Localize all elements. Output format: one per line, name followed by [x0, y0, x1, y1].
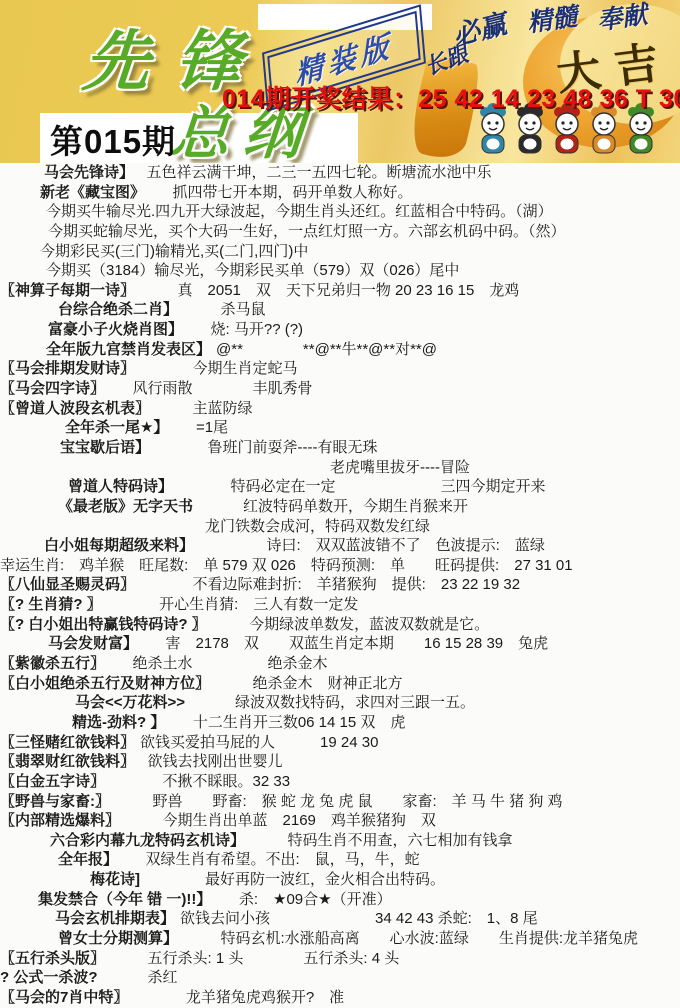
line-text: 欲钱去问小孩 34 42 43 杀蛇: 1、8 尾: [180, 910, 538, 927]
line-label: 〖内部精选爆料〗: [0, 812, 113, 829]
line-text: 鲁班门前耍斧----有眼无珠: [148, 439, 378, 456]
text-line: 《最老版》无字天书 红波特码单数开，今期生肖猴来开: [0, 497, 680, 517]
line-label: 〖翡翠财红欲钱料〗: [0, 753, 128, 770]
line-text: 五行杀头: 1 头 五行杀头: 4 头: [103, 950, 400, 967]
text-line: 〖五行杀头版〗 五行杀头: 1 头 五行杀头: 4 头: [0, 949, 680, 969]
line-label: ? 公式一杀波?: [0, 969, 98, 986]
text-line: 今期买（3184）输尽光，今期彩民买单（579）双（026）尾中: [0, 261, 680, 281]
line-label: 六合彩内幕九龙特码玄机诗】: [50, 832, 238, 849]
line-label: 白小姐每期超级来料】: [44, 537, 187, 554]
line-label: 全年杀一尾★】: [65, 419, 161, 436]
line-text: 十二生肖开三数06 14 15 双 虎: [163, 714, 406, 731]
line-text: 不揪不睬眼。32 33: [103, 773, 291, 790]
line-text: 杀红: [103, 969, 178, 986]
line-text: 红波特码单数开，今期生肖猴来开: [198, 498, 468, 515]
lottery-sheet-page: 大吉 必赢 精髓 奉献 长跟 先锋 总纲 精装版 014期开奖结果：25 42 …: [0, 0, 680, 1008]
line-text: 老虎嘴里拔牙----冒险: [330, 459, 470, 476]
line-text: 今期生肖出单蓝 2169 鸡羊猴猪狗 双: [118, 812, 436, 829]
text-line: 精选-劲料? 】 十二生肖开三数06 14 15 双 虎: [0, 713, 680, 733]
line-text: 幸运生肖: 鸡羊猴 旺尾数: 单 579 双 026 特码预测: 单 旺码提供:…: [0, 557, 573, 574]
line-text: 风行雨散 丰肌秀骨: [103, 380, 313, 397]
text-line: 〖曾道人波段玄机表〗 主蓝防绿: [0, 399, 680, 419]
line-text: 特码必定在一定 三四今期定开来: [171, 478, 546, 495]
text-line: 全年报】 双绿生肖有希望。不出: 鼠，马，牛，蛇: [0, 850, 680, 870]
text-line: 全年杀一尾★】 =1尾: [0, 418, 680, 438]
text-line: 〖马会排期发财诗〗 今期生肖定蛇马: [0, 359, 680, 379]
text-line: 龙门铁数会成河，特码双数发红绿: [0, 517, 680, 537]
text-line: 〖三怪赌红欲钱料〗欲钱买爱拍马屁的人 19 24 30: [0, 733, 680, 753]
line-label: 马会玄机排期表】: [55, 910, 175, 927]
text-line: 集发禁合（今年 错 一)!!】 杀: ★09合★（开准）: [0, 890, 680, 910]
line-label: 宝宝歇后语】: [60, 439, 143, 456]
line-text: 最好再防一波红，金火相合出特码。: [145, 871, 445, 888]
line-label: 〖三怪赌红欲钱料〗: [0, 734, 135, 751]
line-label: 曾道人特码诗】: [68, 478, 166, 495]
line-label: 精选-劲料? 】: [72, 714, 158, 731]
text-line: 〖八仙显圣赐灵码〗 不看边际难封折: 羊猪猴狗 提供: 23 22 19 32: [0, 575, 680, 595]
line-label: 〖八仙显圣赐灵码〗: [0, 576, 128, 593]
line-text: 真 2051 双 天下兄弟归一物 20 23 16 15 龙鸡: [133, 282, 520, 299]
line-text: 主蓝防绿: [148, 400, 253, 417]
line-text: 今期绿波单数发，蓝波双数就是它。: [204, 616, 489, 633]
line-text: 特码生肖不用查，六七相加有钱拿: [243, 832, 513, 849]
line-label: 马会<<万花料>>: [75, 694, 185, 711]
line-text: 抓四带七开本期，码开单数人称好。: [143, 184, 413, 201]
text-line: 富豪小子火烧肖图】 烧: 马开?? (?): [0, 320, 680, 340]
line-text: 野兽 野畜: 猴 蛇 龙 兔 虎 鼠 家畜: 羊 马 牛 猪 狗 鸡: [108, 793, 563, 810]
text-line: 今期买牛输尽光.四九开大绿波起，今期生肖头还红。红蓝相合中特码。（湖）: [0, 202, 680, 222]
text-line: 幸运生肖: 鸡羊猴 旺尾数: 单 579 双 026 特码预测: 单 旺码提供:…: [0, 556, 680, 576]
text-line: 〖白小姐绝杀五行及财神方位〗 绝杀金木 财神正北方: [0, 674, 680, 694]
line-text: 龙门铁数会成河，特码双数发红绿: [205, 518, 430, 535]
line-label: 台综合绝杀二肖】: [58, 301, 171, 318]
line-label: 〖野兽与家畜:〗: [0, 793, 103, 810]
text-line: 老虎嘴里拔牙----冒险: [0, 458, 680, 478]
line-label: 〖马会排期发财诗〗: [0, 360, 128, 377]
line-label: 马会发财富】: [48, 635, 131, 652]
text-line: 〖? 白小姐出特赢钱特码诗? 〗 今期绿波单数发，蓝波双数就是它。: [0, 615, 680, 635]
text-line: 马会先锋诗】 五色祥云满干坤，二三一五四七轮。断塘流水池中乐: [0, 163, 680, 183]
line-label: 曾女士分期测算】: [58, 930, 171, 947]
line-text: 烧: 马开?? (?): [181, 321, 304, 338]
line-label: 富豪小子火烧肖图】: [48, 321, 176, 338]
line-label: 新老《藏宝图》: [40, 184, 138, 201]
text-line: 马会发财富】 害 2178 双 双蓝生肖定本期 16 15 28 39 兔虎: [0, 634, 680, 654]
line-label: 〖曾道人波段玄机表〗: [0, 400, 143, 417]
text-line: 梅花诗] 最好再防一波红，金火相合出特码。: [0, 870, 680, 890]
line-text: 绿波双数找特码，求四对三跟一五。: [190, 694, 475, 711]
line-text: 五色祥云满干坤，二三一五四七轮。断塘流水池中乐: [132, 164, 492, 181]
text-line: 〖翡翠财红欲钱料〗 欲钱去找刚出世婴儿: [0, 752, 680, 772]
text-line: 曾道人特码诗】 特码必定在一定 三四今期定开来: [0, 477, 680, 497]
content-lines: 马会先锋诗】 五色祥云满干坤，二三一五四七轮。断塘流水池中乐新老《藏宝图》 抓四…: [0, 163, 680, 1008]
line-label: 〖马会的7肖中特〗: [0, 989, 121, 1006]
line-label: 〖白小姐绝杀五行及财神方位〗: [0, 675, 203, 692]
line-text: 不看边际难封折: 羊猪猴狗 提供: 23 22 19 32: [133, 576, 521, 593]
text-line: 〖野兽与家畜:〗 野兽 野畜: 猴 蛇 龙 兔 虎 鼠 家畜: 羊 马 牛 猪 …: [0, 792, 680, 812]
line-text: 欲钱去找刚出世婴儿: [133, 753, 283, 770]
text-line: 曾女士分期测算】 特码玄机:水涨船高离 心水波:蓝绿 生肖提供:龙羊猪兔虎: [0, 929, 680, 949]
line-text: 开心生肖猜: 三人有数一定发: [99, 596, 358, 613]
line-label: 集发禁合（今年 错 一)!!】: [38, 891, 204, 908]
line-text: =1尾: [166, 419, 228, 436]
line-text: 诗曰: 双双蓝波错不了 色波提示: 蓝绿: [192, 537, 545, 554]
previous-draw-result: 014期开奖结果：25 42 14 23 48 36 T 30: [222, 79, 680, 115]
text-line: 〖? 生肖猜? 〗 开心生肖猜: 三人有数一定发: [0, 595, 680, 615]
text-line: 马会<<万花料>> 绿波双数找特码，求四对三跟一五。: [0, 693, 680, 713]
text-line: 白小姐每期超级来料】 诗曰: 双双蓝波错不了 色波提示: 蓝绿: [0, 536, 680, 556]
line-label: 〖五行杀头版〗: [0, 950, 98, 967]
line-text: 杀马鼠: [176, 301, 266, 318]
text-line: 全年版九宫禁肖发表区】@** **@**牛**@**对**@: [0, 340, 680, 360]
text-line: 新老《藏宝图》 抓四带七开本期，码开单数人称好。: [0, 183, 680, 203]
line-label: 〖神算子每期一诗〗: [0, 282, 128, 299]
text-line: 今期彩民买(三门)输精光,买(二门,四门)中: [0, 242, 680, 262]
line-text: @** **@**牛**@**对**@: [216, 341, 437, 358]
text-line: 〖马会四字诗〗 风行雨散 丰肌秀骨: [0, 379, 680, 399]
header-banner: 大吉 必赢 精髓 奉献 长跟 先锋 总纲 精装版 014期开奖结果：25 42 …: [0, 0, 680, 163]
text-line: 台综合绝杀二肖】 杀马鼠: [0, 300, 680, 320]
line-text: 今期生肖定蛇马: [133, 360, 298, 377]
line-text: 害 2178 双 双蓝生肖定本期 16 15 28 39 兔虎: [136, 635, 549, 652]
line-text: 特码玄机:水涨船高离 心水波:蓝绿 生肖提供:龙羊猪兔虎: [176, 930, 639, 947]
line-label: 梅花诗]: [90, 871, 140, 888]
issue-number: 第015期: [50, 116, 176, 163]
line-text: 今期买牛输尽光.四九开大绿波起，今期生肖头还红。红蓝相合中特码。（湖）: [46, 203, 553, 220]
line-text: 今期买蛇输尽光，买个大码一生好，一点红灯照一方。六部玄机码中码。（然）: [48, 223, 566, 240]
line-label: 〖? 生肖猜? 〗: [0, 596, 94, 613]
line-text: 双绿生肖有希望。不出: 鼠，马，牛，蛇: [116, 851, 420, 868]
line-label: 《最老版》无字天书: [58, 498, 193, 515]
line-label: 〖紫徽杀五行〗: [0, 655, 98, 672]
line-label: 全年报】: [58, 851, 111, 868]
text-line: 六合彩内幕九龙特码玄机诗】 特码生肖不用查，六七相加有钱拿: [0, 831, 680, 851]
line-label: 马会先锋诗】: [44, 164, 127, 181]
line-label: 〖? 白小姐出特赢钱特码诗? 〗: [0, 616, 199, 633]
line-text: 今期彩民买(三门)输精光,买(二门,四门)中: [40, 243, 308, 260]
line-text: 今期买（3184）输尽光，今期彩民买单（579）双（026）尾中: [46, 262, 459, 279]
text-line: 〖神算子每期一诗〗 真 2051 双 天下兄弟归一物 20 23 16 15 龙…: [0, 281, 680, 301]
line-text: 杀: ★09合★（开准）: [209, 891, 392, 908]
line-label: 〖白金五字诗〗: [0, 773, 98, 790]
text-line: 今期买蛇输尽光，买个大码一生好，一点红灯照一方。六部玄机码中码。（然）: [0, 222, 680, 242]
text-line: 〖紫徽杀五行〗 绝杀土水 绝杀金木: [0, 654, 680, 674]
line-text: 绝杀金木 财神正北方: [208, 675, 403, 692]
text-line: 马会玄机排期表】欲钱去问小孩 34 42 43 杀蛇: 1、8 尾: [0, 909, 680, 929]
text-line: 〖马会的7肖中特〗 龙羊猪兔虎鸡猴开? 准: [0, 988, 680, 1008]
text-line: 宝宝歇后语】 鲁班门前耍斧----有眼无珠: [0, 438, 680, 458]
text-line: 〖内部精选爆料〗 今期生肖出单蓝 2169 鸡羊猴猪狗 双: [0, 811, 680, 831]
line-text: 龙羊猪兔虎鸡猴开? 准: [126, 989, 344, 1006]
slogan-jingsui: 精髓: [525, 0, 580, 39]
line-text: 绝杀土水 绝杀金木: [103, 655, 328, 672]
line-text: 欲钱买爱拍马屁的人 19 24 30: [140, 734, 378, 751]
text-line: ? 公式一杀波? 杀红: [0, 968, 680, 988]
text-line: 〖白金五字诗〗 不揪不睬眼。32 33: [0, 772, 680, 792]
line-label: 全年版九宫禁肖发表区】: [46, 341, 211, 358]
line-label: 〖马会四字诗〗: [0, 380, 98, 397]
